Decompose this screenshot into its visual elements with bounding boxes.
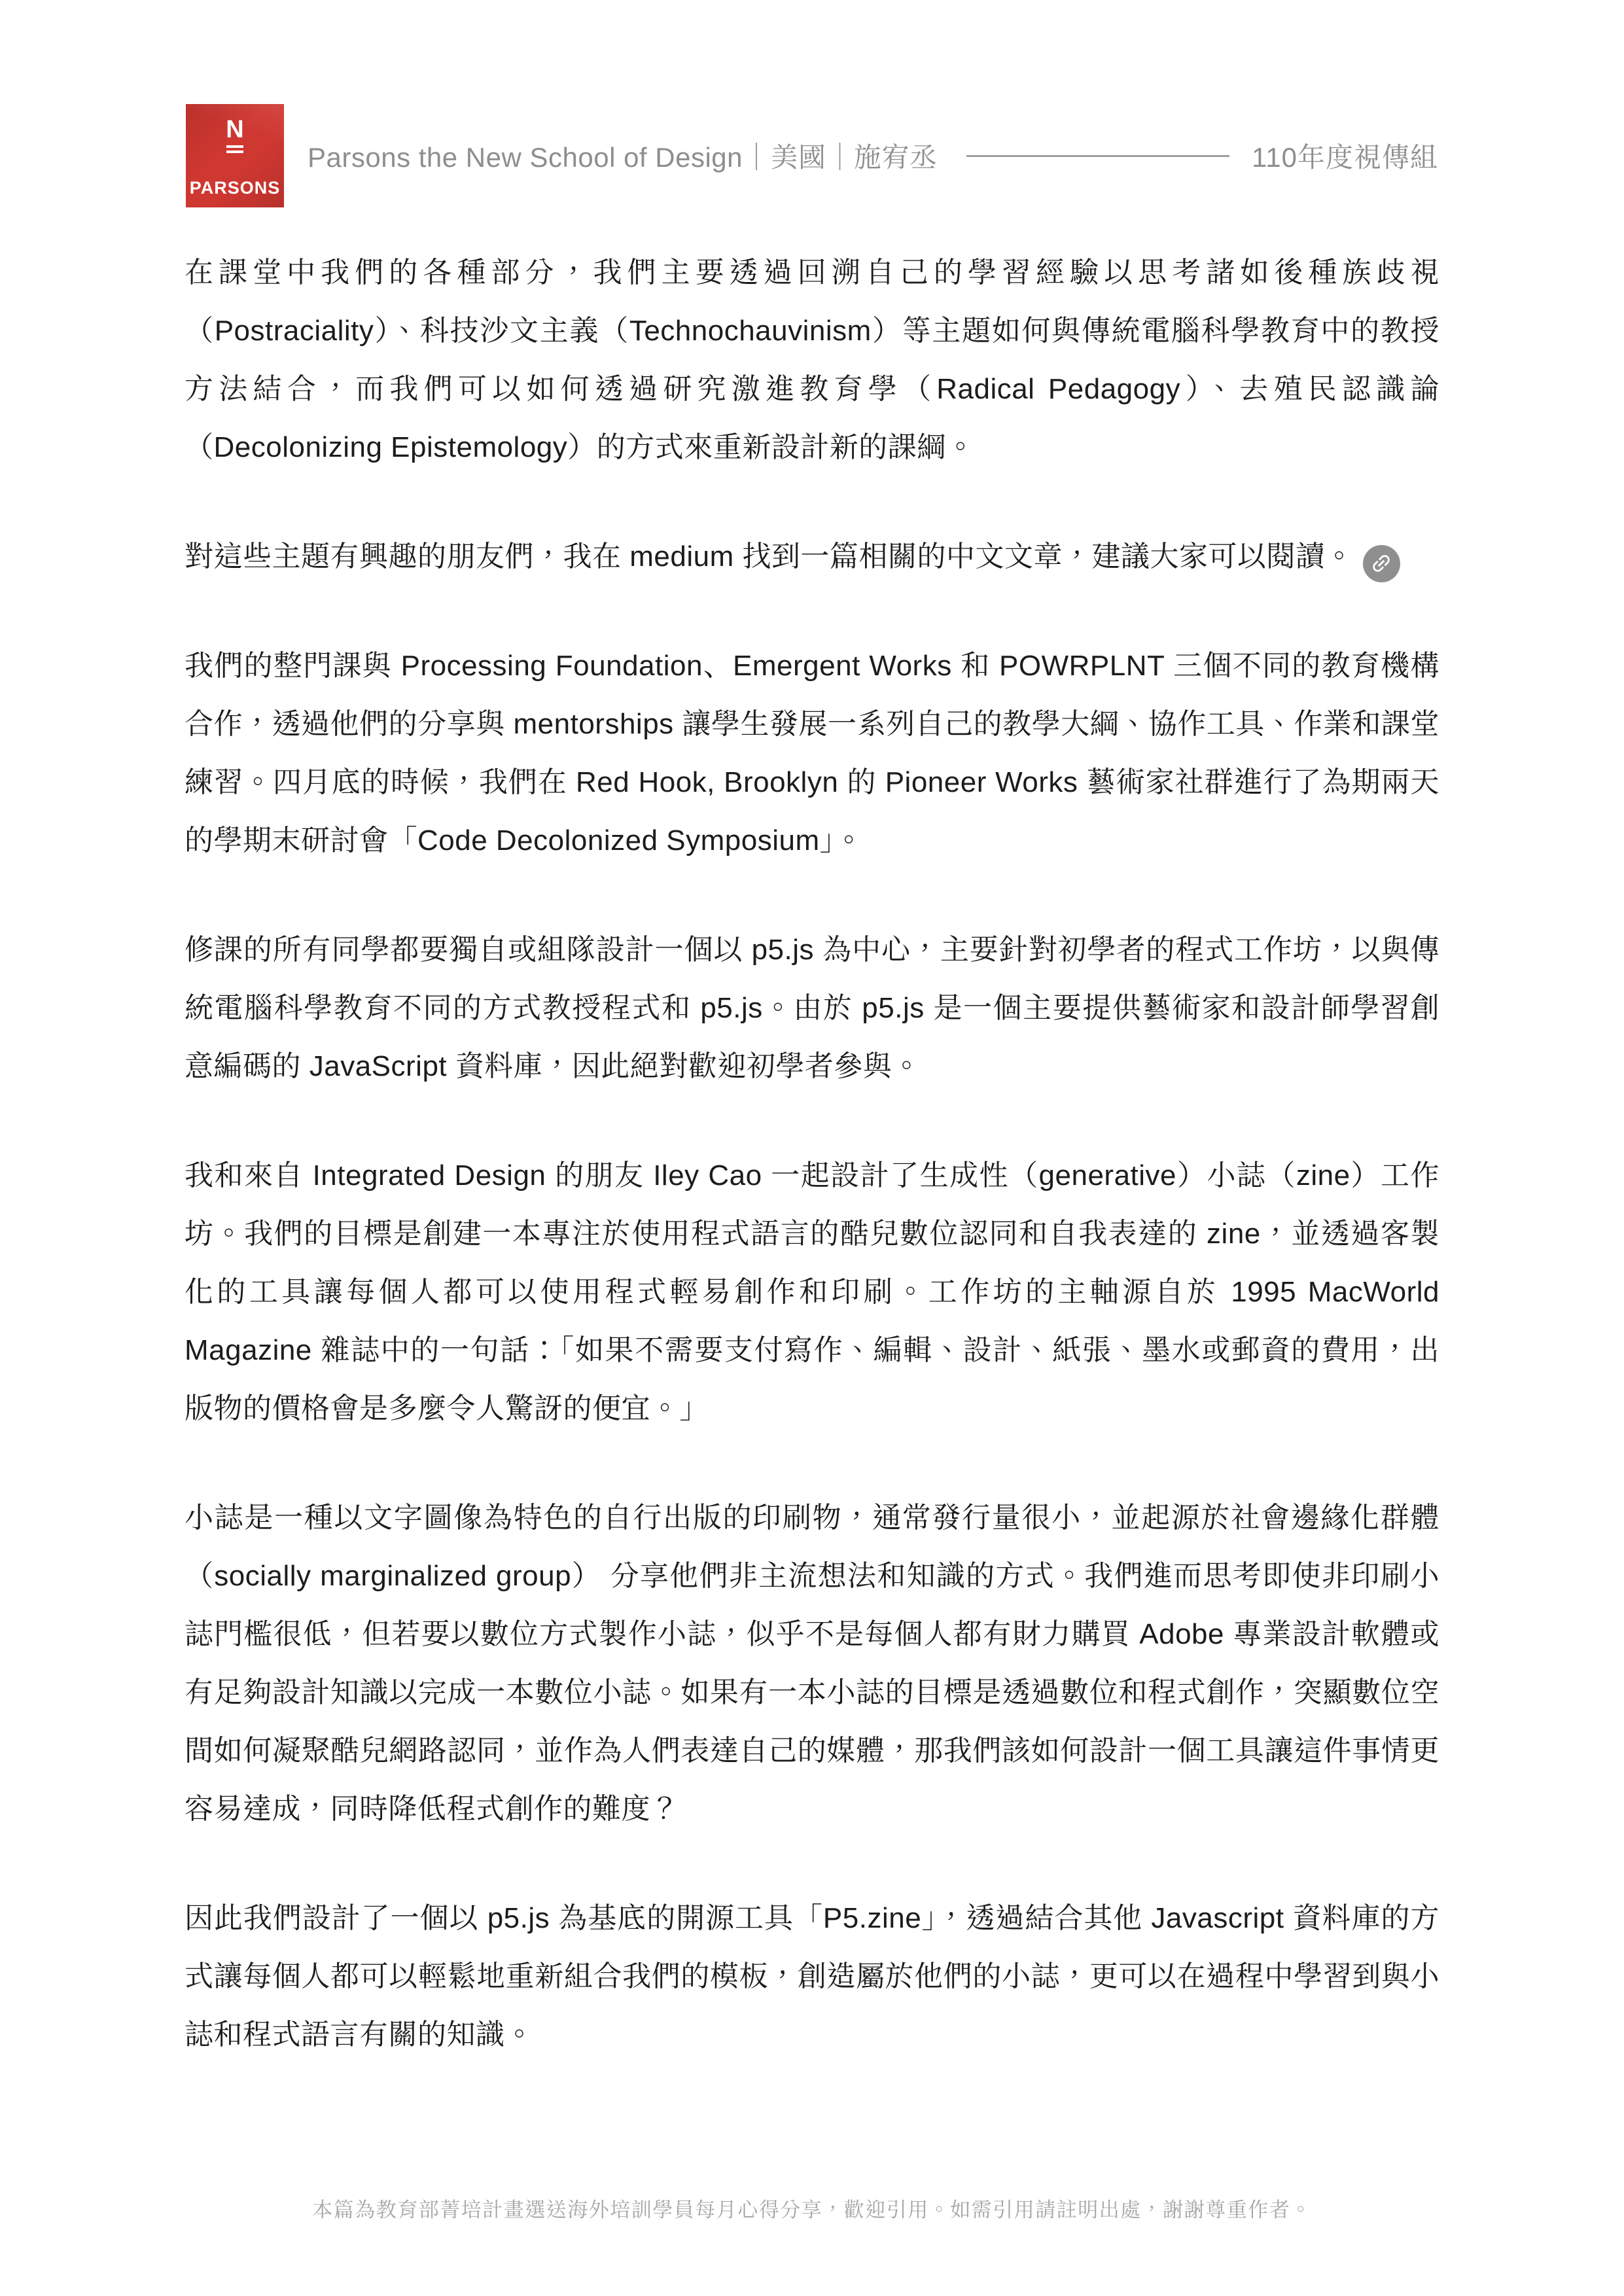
parsons-logo: N PARSONS xyxy=(186,104,284,207)
header-title: Parsons the New School of Design｜美國｜施宥丞 xyxy=(308,136,938,175)
article-body: 在課堂中我們的各種部分，我們主要透過回溯自己的學習經驗以思考諸如後種族歧視（Po… xyxy=(0,243,1624,2064)
paragraph-text: 因此我們設計了一個以 p5.js 為基底的開源工具「P5.zine」，透過結合其… xyxy=(185,1902,1439,2051)
paragraph: 我和來自 Integrated Design 的朋友 Iley Cao 一起設計… xyxy=(185,1146,1439,1438)
link-icon[interactable] xyxy=(1363,545,1400,582)
paragraph-text: 對這些主題有興趣的朋友們，我在 medium 找到一篇相關的中文文章，建議大家可… xyxy=(185,540,1354,573)
header-year-group: 110年度視傳組 xyxy=(1252,136,1438,175)
paragraph: 因此我們設計了一個以 p5.js 為基底的開源工具「P5.zine」，透過結合其… xyxy=(185,1889,1439,2064)
paragraph-text: 我們的整門課與 Processing Foundation、Emergent W… xyxy=(185,650,1439,857)
paragraph-text: 我和來自 Integrated Design 的朋友 Iley Cao 一起設計… xyxy=(185,1159,1439,1424)
paragraph: 在課堂中我們的各種部分，我們主要透過回溯自己的學習經驗以思考諸如後種族歧視（Po… xyxy=(185,243,1439,476)
paragraph-text: 修課的所有同學都要獨自或組隊設計一個以 p5.js 為中心，主要針對初學者的程式… xyxy=(185,934,1439,1082)
header-divider xyxy=(966,155,1230,157)
paragraph: 對這些主題有興趣的朋友們，我在 medium 找到一篇相關的中文文章，建議大家可… xyxy=(185,527,1439,586)
paragraph: 我們的整門課與 Processing Foundation、Emergent W… xyxy=(185,637,1439,870)
document-page: N PARSONS Parsons the New School of Desi… xyxy=(0,0,1624,2296)
page-header: N PARSONS Parsons the New School of Desi… xyxy=(0,103,1624,208)
new-school-n-icon: N xyxy=(226,117,243,153)
paragraph-text: 小誌是一種以文字圖像為特色的自行出版的印刷物，通常發行量很小，並起源於社會邊緣化… xyxy=(185,1502,1439,1825)
paragraph-text: 在課堂中我們的各種部分，我們主要透過回溯自己的學習經驗以思考諸如後種族歧視（Po… xyxy=(185,256,1439,463)
footer-note: 本篇為教育部菁培計畫選送海外培訓學員每月心得分享，歡迎引用。如需引用請註明出處，… xyxy=(0,2193,1624,2223)
paragraph: 修課的所有同學都要獨自或組隊設計一個以 p5.js 為中心，主要針對初學者的程式… xyxy=(185,921,1439,1095)
parsons-wordmark: PARSONS xyxy=(190,179,281,197)
paragraph: 小誌是一種以文字圖像為特色的自行出版的印刷物，通常發行量很小，並起源於社會邊緣化… xyxy=(185,1489,1439,1838)
